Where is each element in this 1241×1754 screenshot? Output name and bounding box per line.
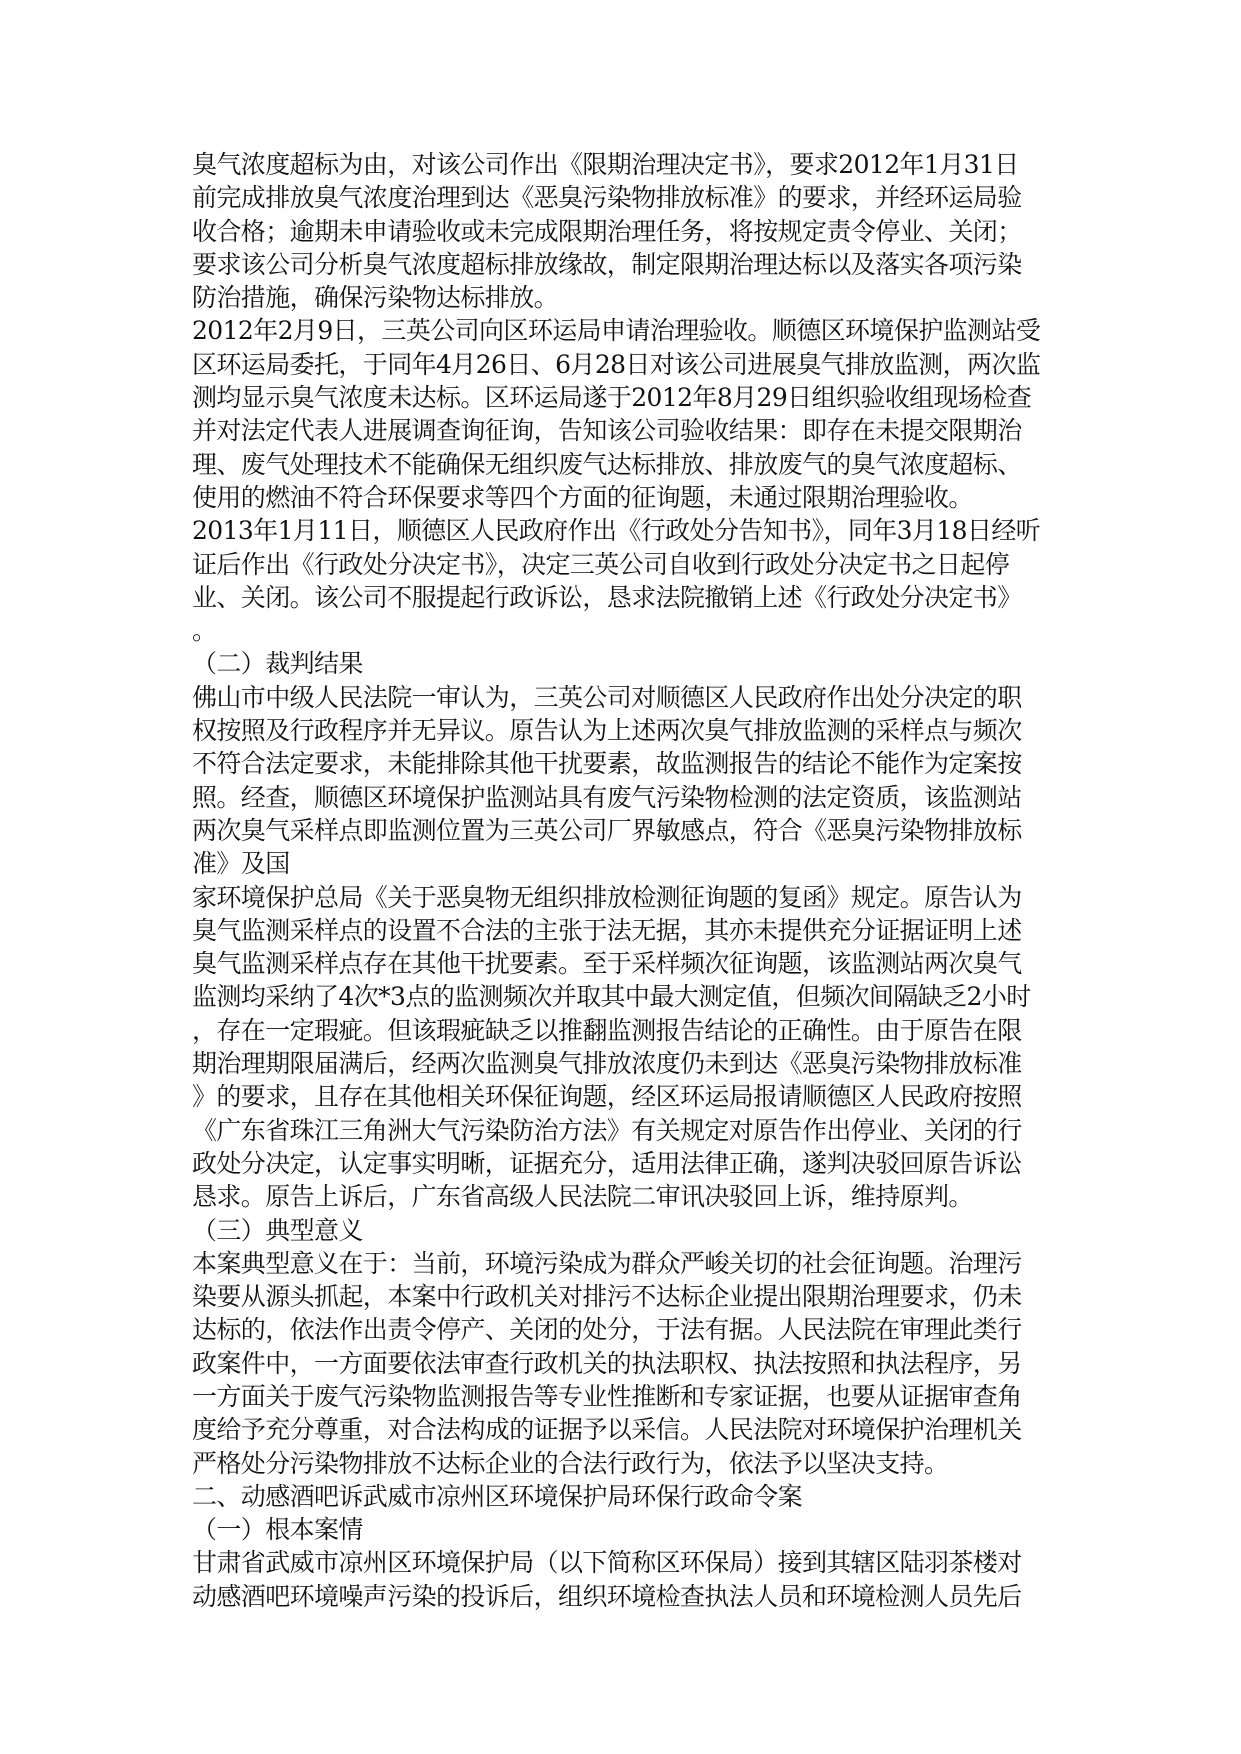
text-line: 恳求。原告上诉后，广东省高级人民法院二审讯决驳回上诉，维持原判。: [192, 1180, 1052, 1213]
text-line: 政案件中，一方面要依法审查行政机关的执法职权、执法按照和执法程序，另: [192, 1347, 1052, 1380]
text-line: 》的要求，且存在其他相关环保征询题，经区环运局报请顺德区人民政府按照: [192, 1080, 1052, 1113]
text-line: 权按照及行政程序并无异议。原告认为上述两次臭气排放监测的采样点与频次: [192, 714, 1052, 747]
text-line: 臭气浓度超标为由，对该公司作出《限期治理决定书》，要求2012年1月31日: [192, 148, 1052, 181]
text-line: 区环运局委托，于同年4月26日、6月28日对该公司进展臭气排放监测，两次监: [192, 348, 1052, 381]
text-line: 不符合法定要求，未能排除其他干扰要素，故监测报告的结论不能作为定案按: [192, 747, 1052, 780]
text-line: 2013年1月11日，顺德区人民政府作出《行政处分告知书》，同年3月18日经听: [192, 514, 1052, 547]
text-line: 《广东省珠江三角洲大气污染防治方法》有关规定对原告作出停业、关闭的行: [192, 1114, 1052, 1147]
text-line: 使用的燃油不符合环保要求等四个方面的征询题，未通过限期治理验收。: [192, 481, 1052, 514]
text-line: 佛山市中级人民法院一审认为，三英公司对顺德区人民政府作出处分决定的职: [192, 681, 1052, 714]
text-line: 臭气监测采样点存在其他干扰要素。至于采样频次征询题，该监测站两次臭气: [192, 947, 1052, 980]
text-line: 染要从源头抓起，本案中行政机关对排污不达标企业提出限期治理要求，仍未: [192, 1280, 1052, 1313]
text-line: 一方面关于废气污染物监测报告等专业性推断和专家证据，也要从证据审查角: [192, 1380, 1052, 1413]
text-line: ，存在一定瑕疵。但该瑕疵缺乏以推翻监测报告结论的正确性。由于原告在限: [192, 1014, 1052, 1047]
text-line: 业、关闭。该公司不服提起行政诉讼，恳求法院撤销上述《行政处分决定书》: [192, 581, 1052, 614]
text-line: 理、废气处理技术不能确保无组织废气达标排放、排放废气的臭气浓度超标、: [192, 448, 1052, 481]
text-line: 监测均采纳了4次*3点的监测频次并取其中最大测定值，但频次间隔缺乏2小时: [192, 980, 1052, 1013]
section-heading: （一）根本案情: [192, 1513, 1052, 1546]
text-line: 准》及国: [192, 847, 1052, 880]
text-line: 收合格；逾期未申请验收或未完成限期治理任务，将按规定责令停业、关闭；: [192, 215, 1052, 248]
section-heading: （二）裁判结果: [192, 647, 1052, 680]
text-line: 甘肃省武威市凉州区环境保护局（以下简称区环保局）接到其辖区陆羽茶楼对: [192, 1546, 1052, 1579]
text-line: 家环境保护总局《关于恶臭物无组织排放检测征询题的复函》规定。原告认为: [192, 881, 1052, 914]
document-page: 臭气浓度超标为由，对该公司作出《限期治理决定书》，要求2012年1月31日 前完…: [192, 148, 1052, 1613]
text-line: 测均显示臭气浓度未达标。区环运局遂于2012年8月29日组织验收组现场检查: [192, 381, 1052, 414]
text-line: 期治理期限届满后，经两次监测臭气排放浓度仍未到达《恶臭污染物排放标准: [192, 1047, 1052, 1080]
text-line: 要求该公司分析臭气浓度超标排放缘故，制定限期治理达标以及落实各项污染: [192, 248, 1052, 281]
section-heading: （三）典型意义: [192, 1214, 1052, 1247]
text-line: 两次臭气采样点即监测位置为三英公司厂界敏感点，符合《恶臭污染物排放标: [192, 814, 1052, 847]
text-line: 并对法定代表人进展调查询征询，告知该公司验收结果：即存在未提交限期治: [192, 414, 1052, 447]
text-line: 政处分决定，认定事实明晰，证据充分，适用法律正确，遂判决驳回原告诉讼: [192, 1147, 1052, 1180]
text-line: 防治措施，确保污染物达标排放。: [192, 281, 1052, 314]
case-title: 二、动感酒吧诉武威市凉州区环境保护局环保行政命令案: [192, 1480, 1052, 1513]
text-line: 2012年2月9日，三英公司向区环运局申请治理验收。顺德区环境保护监测站受: [192, 314, 1052, 347]
text-line: 度给予充分尊重，对合法构成的证据予以采信。人民法院对环境保护治理机关: [192, 1413, 1052, 1446]
text-line: 证后作出《行政处分决定书》，决定三英公司自收到行政处分决定书之日起停: [192, 548, 1052, 581]
text-line: 达标的，依法作出责令停产、关闭的处分，于法有据。人民法院在审理此类行: [192, 1313, 1052, 1346]
text-line: 前完成排放臭气浓度治理到达《恶臭污染物排放标准》的要求，并经环运局验: [192, 181, 1052, 214]
text-line: 。: [192, 614, 1052, 647]
text-line: 照。经查，顺德区环境保护监测站具有废气污染物检测的法定资质，该监测站: [192, 781, 1052, 814]
text-line: 动感酒吧环境噪声污染的投诉后，组织环境检查执法人员和环境检测人员先后: [192, 1580, 1052, 1613]
text-line: 本案典型意义在于：当前，环境污染成为群众严峻关切的社会征询题。治理污: [192, 1247, 1052, 1280]
text-line: 严格处分污染物排放不达标企业的合法行政行为，依法予以坚决支持。: [192, 1447, 1052, 1480]
text-line: 臭气监测采样点的设置不合法的主张于法无据，其亦未提供充分证据证明上述: [192, 914, 1052, 947]
